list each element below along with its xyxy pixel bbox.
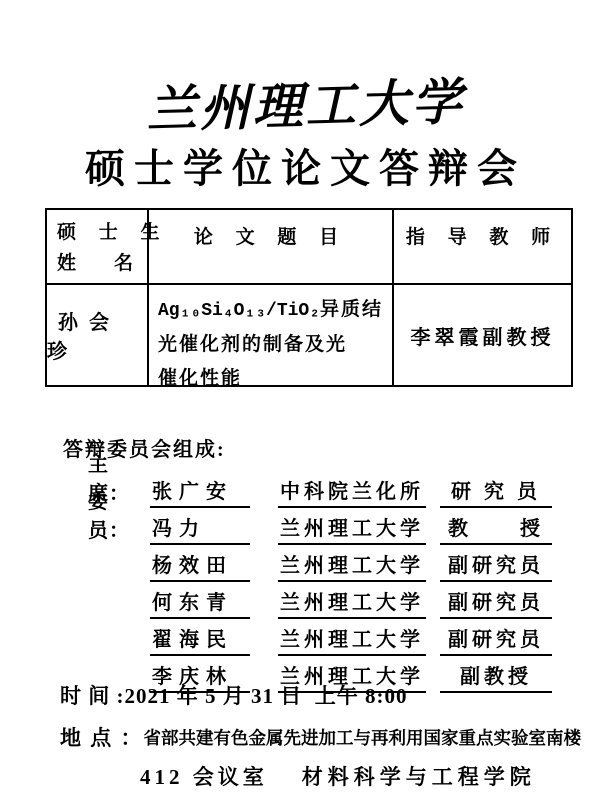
committee-role-label: [88, 654, 150, 656]
committee-member-name: 翟海民: [150, 623, 250, 656]
committee-member-title: 副研究员: [440, 586, 552, 619]
chemical-formula: Ag₁₀Si₄O₁₃/TiO₂: [158, 301, 320, 321]
time-line: 时 间 :2021 年 5 月 31 日 上午 8:00: [60, 680, 408, 710]
thesis-title-cell: Ag₁₀Si₄O₁₃/TiO₂异质结 光催化剂的制备及光 催化性能: [149, 285, 394, 385]
advisor-cell: 李翠霞副教授: [394, 285, 571, 385]
thesis-line-1: Ag₁₀Si₄O₁₃/TiO₂异质结: [158, 293, 386, 328]
thesis-title-header-cell: 论 文 题 目: [149, 210, 394, 283]
committee-member-organization: 兰州理工大学: [278, 549, 426, 582]
place-value: 省部共建有色金属先进加工与再利用国家重点实验室南楼: [144, 725, 582, 752]
department-name: 材料科学与工程学院: [302, 761, 536, 791]
table-header-row: 硕 士 生 姓 名 论 文 题 目 指 导 教 师: [47, 210, 571, 285]
committee-row: 翟海民 兰州理工大学 副研究员: [88, 619, 552, 656]
committee-row: 主席： 张广安 中科院兰化所 研 究 员: [88, 471, 552, 508]
committee-member-organization: 中科院兰化所: [278, 475, 426, 508]
place-label: 地 点 ：: [60, 722, 144, 752]
room-number: 412 会议室: [140, 761, 268, 791]
committee-row: 何东青 兰州理工大学 副研究员: [88, 582, 552, 619]
thesis-info-table: 硕 士 生 姓 名 论 文 题 目 指 导 教 师 孙会珍 Ag₁₀Si₄O₁₃…: [45, 208, 573, 387]
committee-role-label: [88, 617, 150, 619]
defense-announcement-page: 兰州理工大学 硕士学位论文答辩会 硕 士 生 姓 名 论 文 题 目 指 导 教…: [0, 0, 611, 808]
thesis-line-3: 催化性能: [158, 362, 386, 396]
student-name-cell: 孙会珍: [47, 285, 149, 385]
student-header-line1: 硕 士 生: [57, 217, 139, 248]
committee-member-title: 研 究 员: [440, 475, 552, 508]
student-header-line2: 姓 名: [57, 248, 139, 279]
advisor-header-cell: 指 导 教 师: [394, 210, 571, 283]
committee-member-title: 副研究员: [440, 623, 552, 656]
committee-member-organization: 兰州理工大学: [278, 586, 426, 619]
committee-member-name: 冯力: [150, 512, 250, 545]
committee-row: 杨效田 兰州理工大学 副研究员: [88, 545, 552, 582]
committee-member-title: 副教授: [440, 660, 552, 693]
committee-role-label: 委员：: [88, 485, 150, 545]
thesis-line-1-suffix: 异质结: [320, 299, 383, 320]
student-name-header-cell: 硕 士 生 姓 名: [47, 210, 149, 283]
committee-member-organization: 兰州理工大学: [278, 512, 426, 545]
committee-member-name: 张广安: [150, 475, 250, 508]
committee-member-organization: 兰州理工大学: [278, 623, 426, 656]
room-line: 412 会议室 材料科学与工程学院: [140, 761, 536, 791]
place-line: 地 点 ： 省部共建有色金属先进加工与再利用国家重点实验室南楼: [60, 722, 581, 752]
table-data-row: 孙会珍 Ag₁₀Si₄O₁₃/TiO₂异质结 光催化剂的制备及光 催化性能 李翠…: [47, 285, 571, 385]
committee-member-title: 教 授: [440, 512, 552, 545]
committee-member-name: 何东青: [150, 586, 250, 619]
committee-role-label: [88, 580, 150, 582]
committee-member-name: 杨效田: [150, 549, 250, 582]
committee-list: 主席： 张广安 中科院兰化所 研 究 员 委员： 冯力 兰州理工大学 教 授 杨…: [88, 471, 552, 693]
thesis-line-2: 光催化剂的制备及光: [158, 328, 386, 362]
page-title: 硕士学位论文答辩会: [0, 137, 611, 194]
university-logo-calligraphy: 兰州理工大学: [0, 58, 611, 146]
committee-row: 委员： 冯力 兰州理工大学 教 授: [88, 508, 552, 545]
committee-member-title: 副研究员: [440, 549, 552, 582]
